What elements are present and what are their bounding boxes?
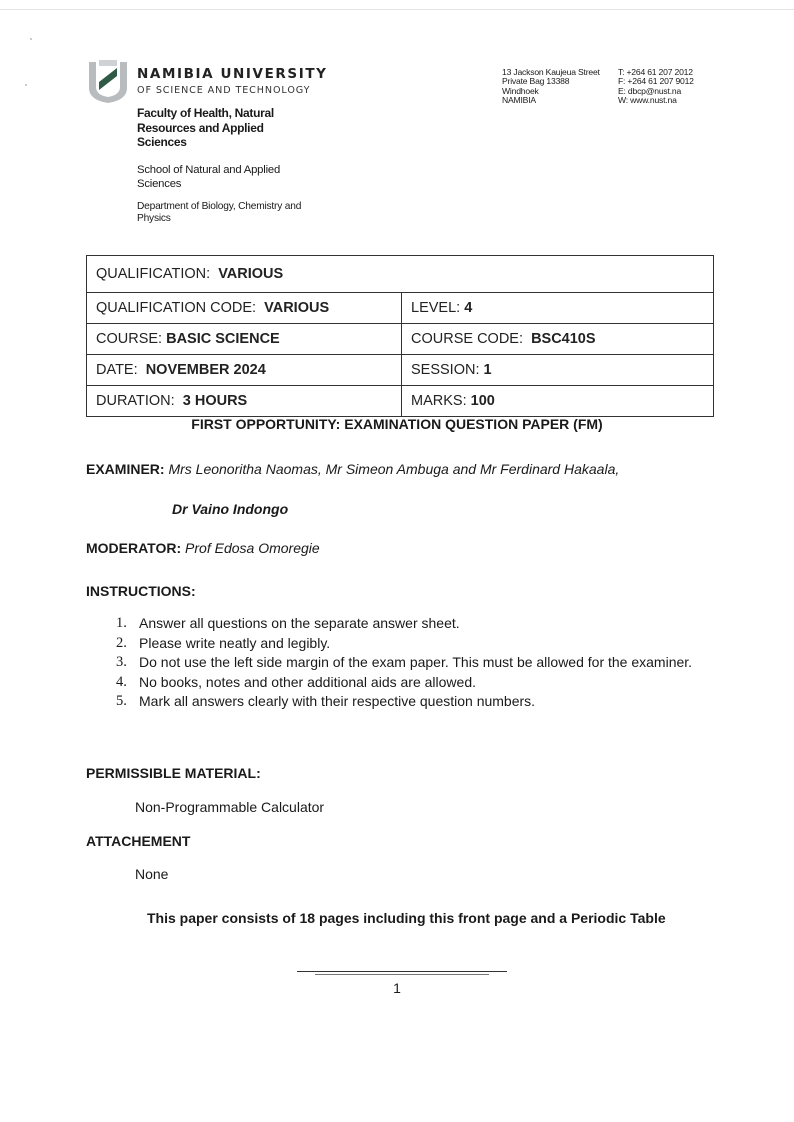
nust-logo-icon bbox=[86, 58, 130, 104]
item-number: 2. bbox=[116, 634, 139, 654]
course-label: COURSE: bbox=[96, 331, 162, 347]
instructions-list: 1.Answer all questions on the separate a… bbox=[116, 614, 706, 712]
table-row: DURATION: 3 HOURS MARKS: 100 bbox=[87, 386, 714, 417]
school-name: School of Natural and Applied Sciences bbox=[137, 164, 307, 191]
qualification-code-cell: QUALIFICATION CODE: VARIOUS bbox=[87, 293, 402, 324]
table-row: COURSE: BASIC SCIENCE COURSE CODE: BSC41… bbox=[87, 324, 714, 355]
session-value: 1 bbox=[484, 362, 492, 378]
department-name: Department of Biology, Chemistry and Phy… bbox=[137, 201, 307, 225]
paper-title: FIRST OPPORTUNITY: EXAMINATION QUESTION … bbox=[0, 416, 794, 432]
item-text: Do not use the left side margin of the e… bbox=[139, 653, 692, 673]
qualification-value: VARIOUS bbox=[218, 266, 283, 282]
table-row: QUALIFICATION: VARIOUS bbox=[87, 256, 714, 293]
date-cell: DATE: NOVEMBER 2024 bbox=[87, 355, 402, 386]
marks-value: 100 bbox=[471, 393, 495, 409]
course-cell: COURSE: BASIC SCIENCE bbox=[87, 324, 402, 355]
attachment-heading: ATTACHEMENT bbox=[86, 833, 190, 849]
moderator-label: MODERATOR: bbox=[86, 540, 181, 556]
duration-label: DURATION: bbox=[96, 393, 175, 409]
item-number: 4. bbox=[116, 673, 139, 693]
duration-cell: DURATION: 3 HOURS bbox=[87, 386, 402, 417]
moderator-line: MODERATOR: Prof Edosa Omoregie bbox=[86, 540, 320, 556]
permissible-material-heading: PERMISSIBLE MATERIAL: bbox=[86, 765, 261, 781]
item-number: 5. bbox=[116, 692, 139, 712]
item-text: Please write neatly and legibly. bbox=[139, 634, 330, 654]
session-cell: SESSION: 1 bbox=[402, 355, 714, 386]
contact-website: W: www.nust.na bbox=[618, 96, 694, 105]
address-line: NAMIBIA bbox=[502, 96, 600, 105]
level-label: LEVEL: bbox=[411, 300, 460, 316]
examiner-label: EXAMINER: bbox=[86, 461, 165, 477]
item-text: Mark all answers clearly with their resp… bbox=[139, 692, 535, 712]
date-label: DATE: bbox=[96, 362, 138, 378]
table-row: DATE: NOVEMBER 2024 SESSION: 1 bbox=[87, 355, 714, 386]
permissible-material-value: Non-Programmable Calculator bbox=[135, 799, 324, 815]
scan-speck bbox=[30, 38, 32, 40]
marks-label: MARKS: bbox=[411, 393, 467, 409]
moderator-name: Prof Edosa Omoregie bbox=[185, 540, 320, 556]
list-item: 5.Mark all answers clearly with their re… bbox=[116, 692, 706, 712]
page-count-note: This paper consists of 18 pages includin… bbox=[147, 910, 666, 926]
instructions-heading: INSTRUCTIONS: bbox=[86, 583, 196, 599]
table-row: QUALIFICATION CODE: VARIOUS LEVEL: 4 bbox=[87, 293, 714, 324]
scan-speck bbox=[25, 84, 27, 86]
item-number: 1. bbox=[116, 614, 139, 634]
marks-cell: MARKS: 100 bbox=[402, 386, 714, 417]
list-item: 2.Please write neatly and legibly. bbox=[116, 634, 706, 654]
list-item: 1.Answer all questions on the separate a… bbox=[116, 614, 706, 634]
exam-info-table: QUALIFICATION: VARIOUS QUALIFICATION COD… bbox=[86, 255, 714, 417]
qualification-code-label: QUALIFICATION CODE: bbox=[96, 300, 256, 316]
postal-address: 13 Jackson Kaujeua Street Private Bag 13… bbox=[502, 68, 600, 105]
list-item: 3.Do not use the left side margin of the… bbox=[116, 653, 706, 673]
course-code-cell: COURSE CODE: BSC410S bbox=[402, 324, 714, 355]
examiner-names-continued: Dr Vaino Indongo bbox=[172, 501, 288, 517]
examiner-names: Mrs Leonoritha Naomas, Mr Simeon Ambuga … bbox=[168, 461, 619, 477]
level-value: 4 bbox=[464, 300, 472, 316]
item-number: 3. bbox=[116, 653, 139, 673]
attachment-value: None bbox=[135, 866, 168, 882]
course-code-value: BSC410S bbox=[531, 331, 595, 347]
footer-divider bbox=[297, 971, 507, 972]
item-text: No books, notes and other additional aid… bbox=[139, 673, 476, 693]
session-label: SESSION: bbox=[411, 362, 480, 378]
university-subtitle: OF SCIENCE AND TECHNOLOGY bbox=[137, 85, 310, 96]
qualification-code-value: VARIOUS bbox=[264, 300, 329, 316]
footer-divider bbox=[315, 974, 489, 975]
contact-details: T: +264 61 207 2012 F: +264 61 207 9012 … bbox=[618, 68, 694, 105]
faculty-name: Faculty of Health, Natural Resources and… bbox=[137, 106, 307, 150]
date-value: NOVEMBER 2024 bbox=[146, 362, 266, 378]
qualification-label: QUALIFICATION: bbox=[96, 266, 210, 282]
course-code-label: COURSE CODE: bbox=[411, 331, 523, 347]
course-value: BASIC SCIENCE bbox=[166, 331, 280, 347]
list-item: 4.No books, notes and other additional a… bbox=[116, 673, 706, 693]
examiner-line: EXAMINER: Mrs Leonoritha Naomas, Mr Sime… bbox=[86, 461, 619, 477]
item-text: Answer all questions on the separate ans… bbox=[139, 614, 460, 634]
page-number: 1 bbox=[0, 980, 794, 996]
scan-edge-line bbox=[0, 9, 794, 10]
level-cell: LEVEL: 4 bbox=[402, 293, 714, 324]
qualification-cell: QUALIFICATION: VARIOUS bbox=[87, 256, 714, 293]
university-name: NAMIBIA UNIVERSITY bbox=[137, 66, 328, 82]
duration-value: 3 HOURS bbox=[183, 393, 247, 409]
